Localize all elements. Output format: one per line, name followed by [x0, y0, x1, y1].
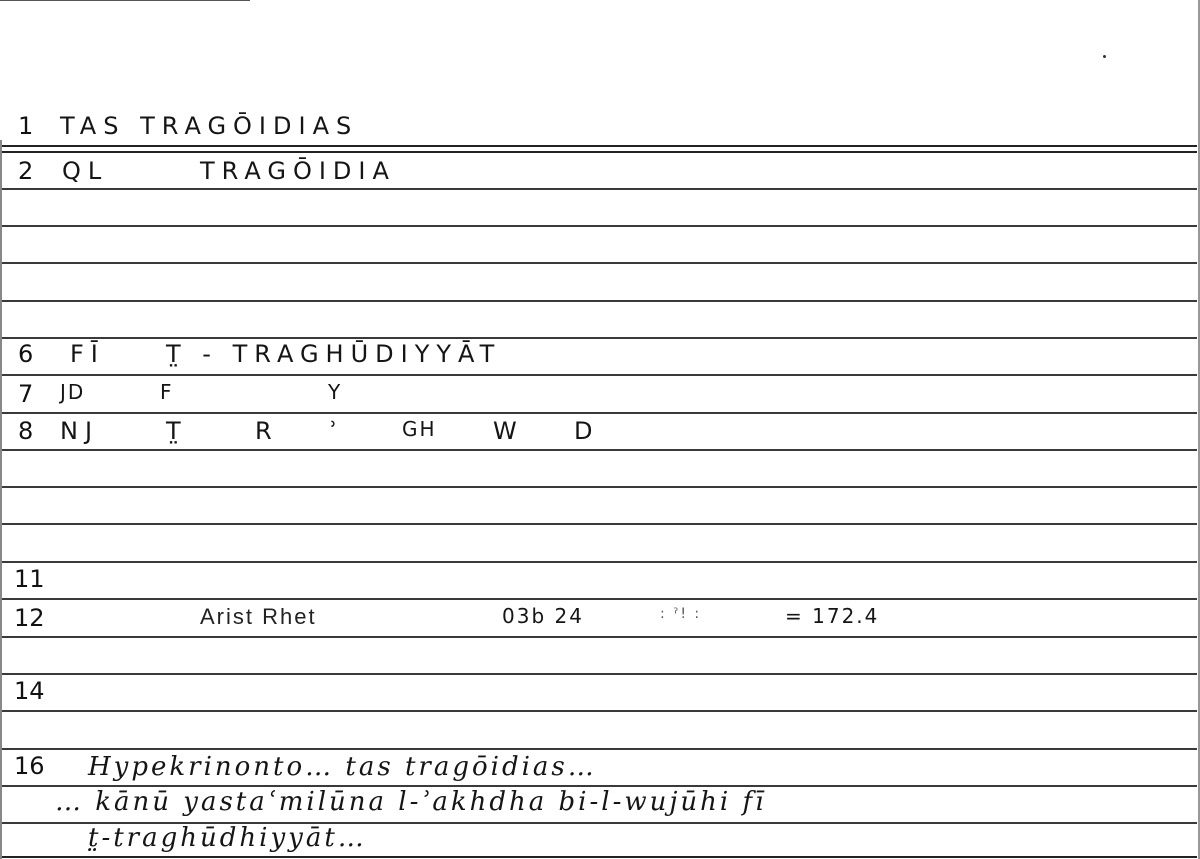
source: Arist Rhet — [200, 604, 317, 630]
ruled-line — [2, 856, 1197, 858]
marker: Y — [328, 380, 342, 404]
code: QL — [62, 157, 108, 185]
ruled-line — [2, 151, 1197, 153]
card-top-edge — [0, 0, 250, 1]
ruled-line — [2, 188, 1197, 190]
ruled-line — [2, 300, 1197, 302]
page-reference: = 172.4 — [785, 604, 879, 628]
line-number: 12 — [14, 604, 45, 632]
line-number: 14 — [14, 677, 45, 705]
ruled-line — [2, 673, 1197, 675]
ruled-line — [2, 374, 1197, 376]
ruled-line — [2, 748, 1197, 750]
code: JD — [60, 380, 85, 404]
line-number: 2 — [18, 157, 33, 185]
ruled-line — [2, 337, 1197, 339]
ruled-line — [2, 598, 1197, 600]
lemma: TAS TRAGŌIDIAS — [60, 112, 358, 140]
ruled-line — [2, 523, 1197, 525]
root-letter: T̤ — [166, 417, 188, 445]
code: NJ — [60, 417, 99, 445]
ruled-line — [2, 710, 1197, 712]
root-letter: D — [574, 417, 599, 445]
ruled-line — [2, 145, 1197, 147]
reference-marks: : ˀ! : — [660, 606, 701, 622]
ruled-line — [2, 561, 1197, 563]
reference: 03b 24 — [502, 604, 584, 628]
root-letter: GH — [402, 417, 437, 441]
ruled-line — [2, 225, 1197, 227]
line-number: 6 — [18, 340, 33, 368]
line-number: 1 — [18, 112, 33, 140]
line-number: 8 — [18, 417, 33, 445]
scan-speck — [1103, 55, 1106, 58]
greek-context: Hypekrinonto… tas tragōidias… — [88, 752, 597, 782]
arabic-context: t̤-traghūdhiyyāt… — [88, 823, 367, 853]
line-number: 11 — [14, 565, 45, 593]
root-letter: ʾ — [330, 417, 344, 445]
card-left-edge — [0, 140, 2, 859]
ruled-line — [2, 449, 1197, 451]
ruled-line — [2, 412, 1197, 414]
ruled-line — [2, 636, 1197, 638]
root-letter: R — [255, 417, 279, 445]
ruled-line — [2, 486, 1197, 488]
marker: F — [160, 380, 174, 404]
arabic-transliteration: T̤ - TRAGHŪDIYYĀT — [166, 340, 501, 368]
root-letter: W — [493, 417, 524, 445]
line-number: 16 — [14, 752, 45, 780]
arabic-context: … kānū yastaʿmilūna l-ʾakhdha bi-l-wujūh… — [55, 787, 766, 817]
ruled-line — [2, 262, 1197, 264]
form: TRAGŌIDIA — [200, 157, 396, 185]
line-number: 7 — [18, 380, 33, 408]
index-card: 1 TAS TRAGŌIDIAS 2 QL TRAGŌIDIA 6 FĪ T̤ … — [0, 0, 1200, 859]
preposition: FĪ — [70, 340, 105, 368]
